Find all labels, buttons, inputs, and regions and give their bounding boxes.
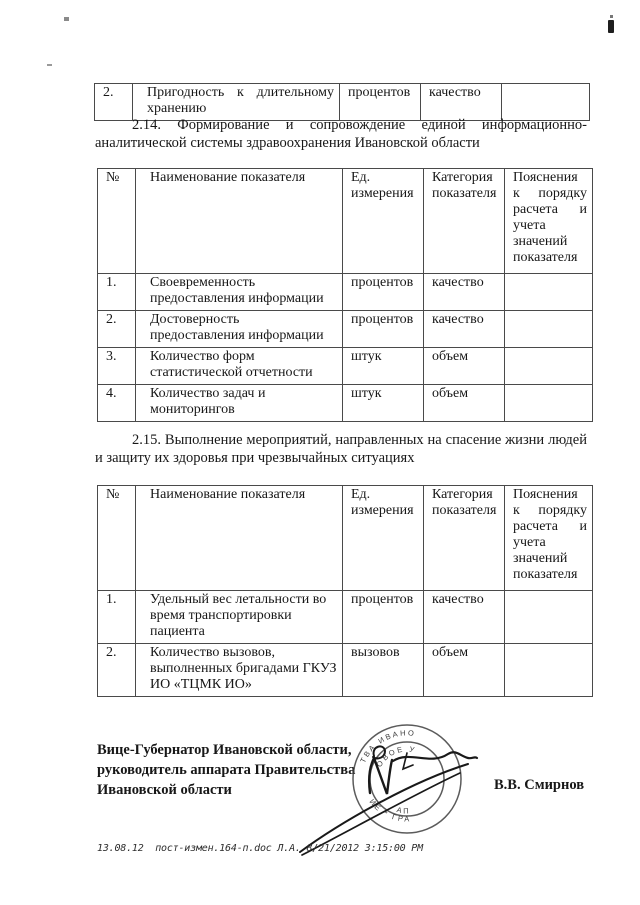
col-header-number: № [98, 486, 136, 591]
stamp-text-inner-bottom: АП [396, 805, 411, 815]
cell-indicator-name: Количество задач и мониторингов [136, 385, 343, 422]
col-header-unit: Ед. измерения [343, 486, 424, 591]
cell-note [505, 591, 593, 644]
col-header-indicator-name: Наименование показателя [136, 486, 343, 591]
cell-indicator-name: Пригодность к длительному хранению [133, 84, 340, 121]
cell-row-number: 4. [98, 385, 136, 422]
table-row: 2. Достоверность предоставления информац… [98, 311, 593, 348]
signature-stroke [403, 753, 413, 769]
cell-row-number: 2. [98, 644, 136, 697]
cell-row-number: 2. [95, 84, 133, 121]
cell-indicator-name: Количество форм статистической отчетност… [136, 348, 343, 385]
cell-unit: процентов [343, 591, 424, 644]
cell-note [505, 311, 593, 348]
cell-note [502, 84, 590, 121]
cell-category: качество [421, 84, 502, 121]
cell-unit: процентов [340, 84, 421, 121]
col-header-notes: Пояснения к порядку расчета и учета знач… [505, 486, 593, 591]
cell-unit: штук [343, 385, 424, 422]
col-header-category: Категория показателя [424, 486, 505, 591]
section-2-14-heading: 2.14. Формирование и сопровождение едино… [95, 116, 587, 152]
scan-speck [610, 15, 613, 18]
signatory-name: В.В. Смирнов [494, 777, 584, 794]
cell-unit: процентов [343, 274, 424, 311]
table-row: 1. Своевременность предоставления информ… [98, 274, 593, 311]
cell-category: качество [424, 591, 505, 644]
table-row: 4. Количество задач и мониторингов штук … [98, 385, 593, 422]
col-header-indicator-name: Наименование показателя [136, 169, 343, 274]
cell-note [505, 385, 593, 422]
cell-category: объем [424, 348, 505, 385]
scan-speck [64, 17, 69, 21]
col-header-notes: Пояснения к порядку расчета и учета знач… [505, 169, 593, 274]
cell-category: объем [424, 385, 505, 422]
cell-note [505, 348, 593, 385]
cell-indicator-name: Своевременность предоставления информаци… [136, 274, 343, 311]
cell-unit: штук [343, 348, 424, 385]
document-footer-note: 13.08.12 пост-измен.164-п.doc Л.А. 8/21/… [97, 843, 423, 854]
scanned-document-page: { "colors": { "ink": "#171717", "table_b… [0, 0, 640, 905]
table-row: 2. Пригодность к длительному хранению пр… [95, 84, 590, 121]
cell-category: качество [424, 274, 505, 311]
cell-unit: вызовов [343, 644, 424, 697]
official-round-stamp: ТВА ИВАНО ОВОЕ У ИЕ * ГРА АП [290, 698, 490, 863]
scan-mark-top-right [608, 20, 614, 33]
table-header-row: № Наименование показателя Ед. измерения … [98, 486, 593, 591]
table-row: 2. Количество вызовов, выполненных брига… [98, 644, 593, 697]
cell-note [505, 274, 593, 311]
cell-row-number: 2. [98, 311, 136, 348]
indicators-table-2-14: № Наименование показателя Ед. измерения … [97, 168, 593, 422]
cell-indicator-name: Достоверность предоставления информации [136, 311, 343, 348]
cell-note [505, 644, 593, 697]
indicators-table-2-15: № Наименование показателя Ед. измерения … [97, 485, 593, 697]
cell-row-number: 1. [98, 591, 136, 644]
cell-indicator-name: Удельный вес летальности во время трансп… [136, 591, 343, 644]
table-row: 3. Количество форм статистической отчетн… [98, 348, 593, 385]
cell-category: объем [424, 644, 505, 697]
cell-row-number: 1. [98, 274, 136, 311]
scan-speck [47, 64, 52, 66]
col-header-unit: Ед. измерения [343, 169, 424, 274]
col-header-number: № [98, 169, 136, 274]
cell-indicator-name: Количество вызовов, выполненных бригадам… [136, 644, 343, 697]
cell-category: качество [424, 311, 505, 348]
col-header-category: Категория показателя [424, 169, 505, 274]
table-row: 1. Удельный вес летальности во время тра… [98, 591, 593, 644]
signature-stroke [373, 746, 385, 758]
cell-row-number: 3. [98, 348, 136, 385]
section-2-15-heading: 2.15. Выполнение мероприятий, направленн… [95, 431, 587, 467]
table-header-row: № Наименование показателя Ед. измерения … [98, 169, 593, 274]
cell-unit: процентов [343, 311, 424, 348]
